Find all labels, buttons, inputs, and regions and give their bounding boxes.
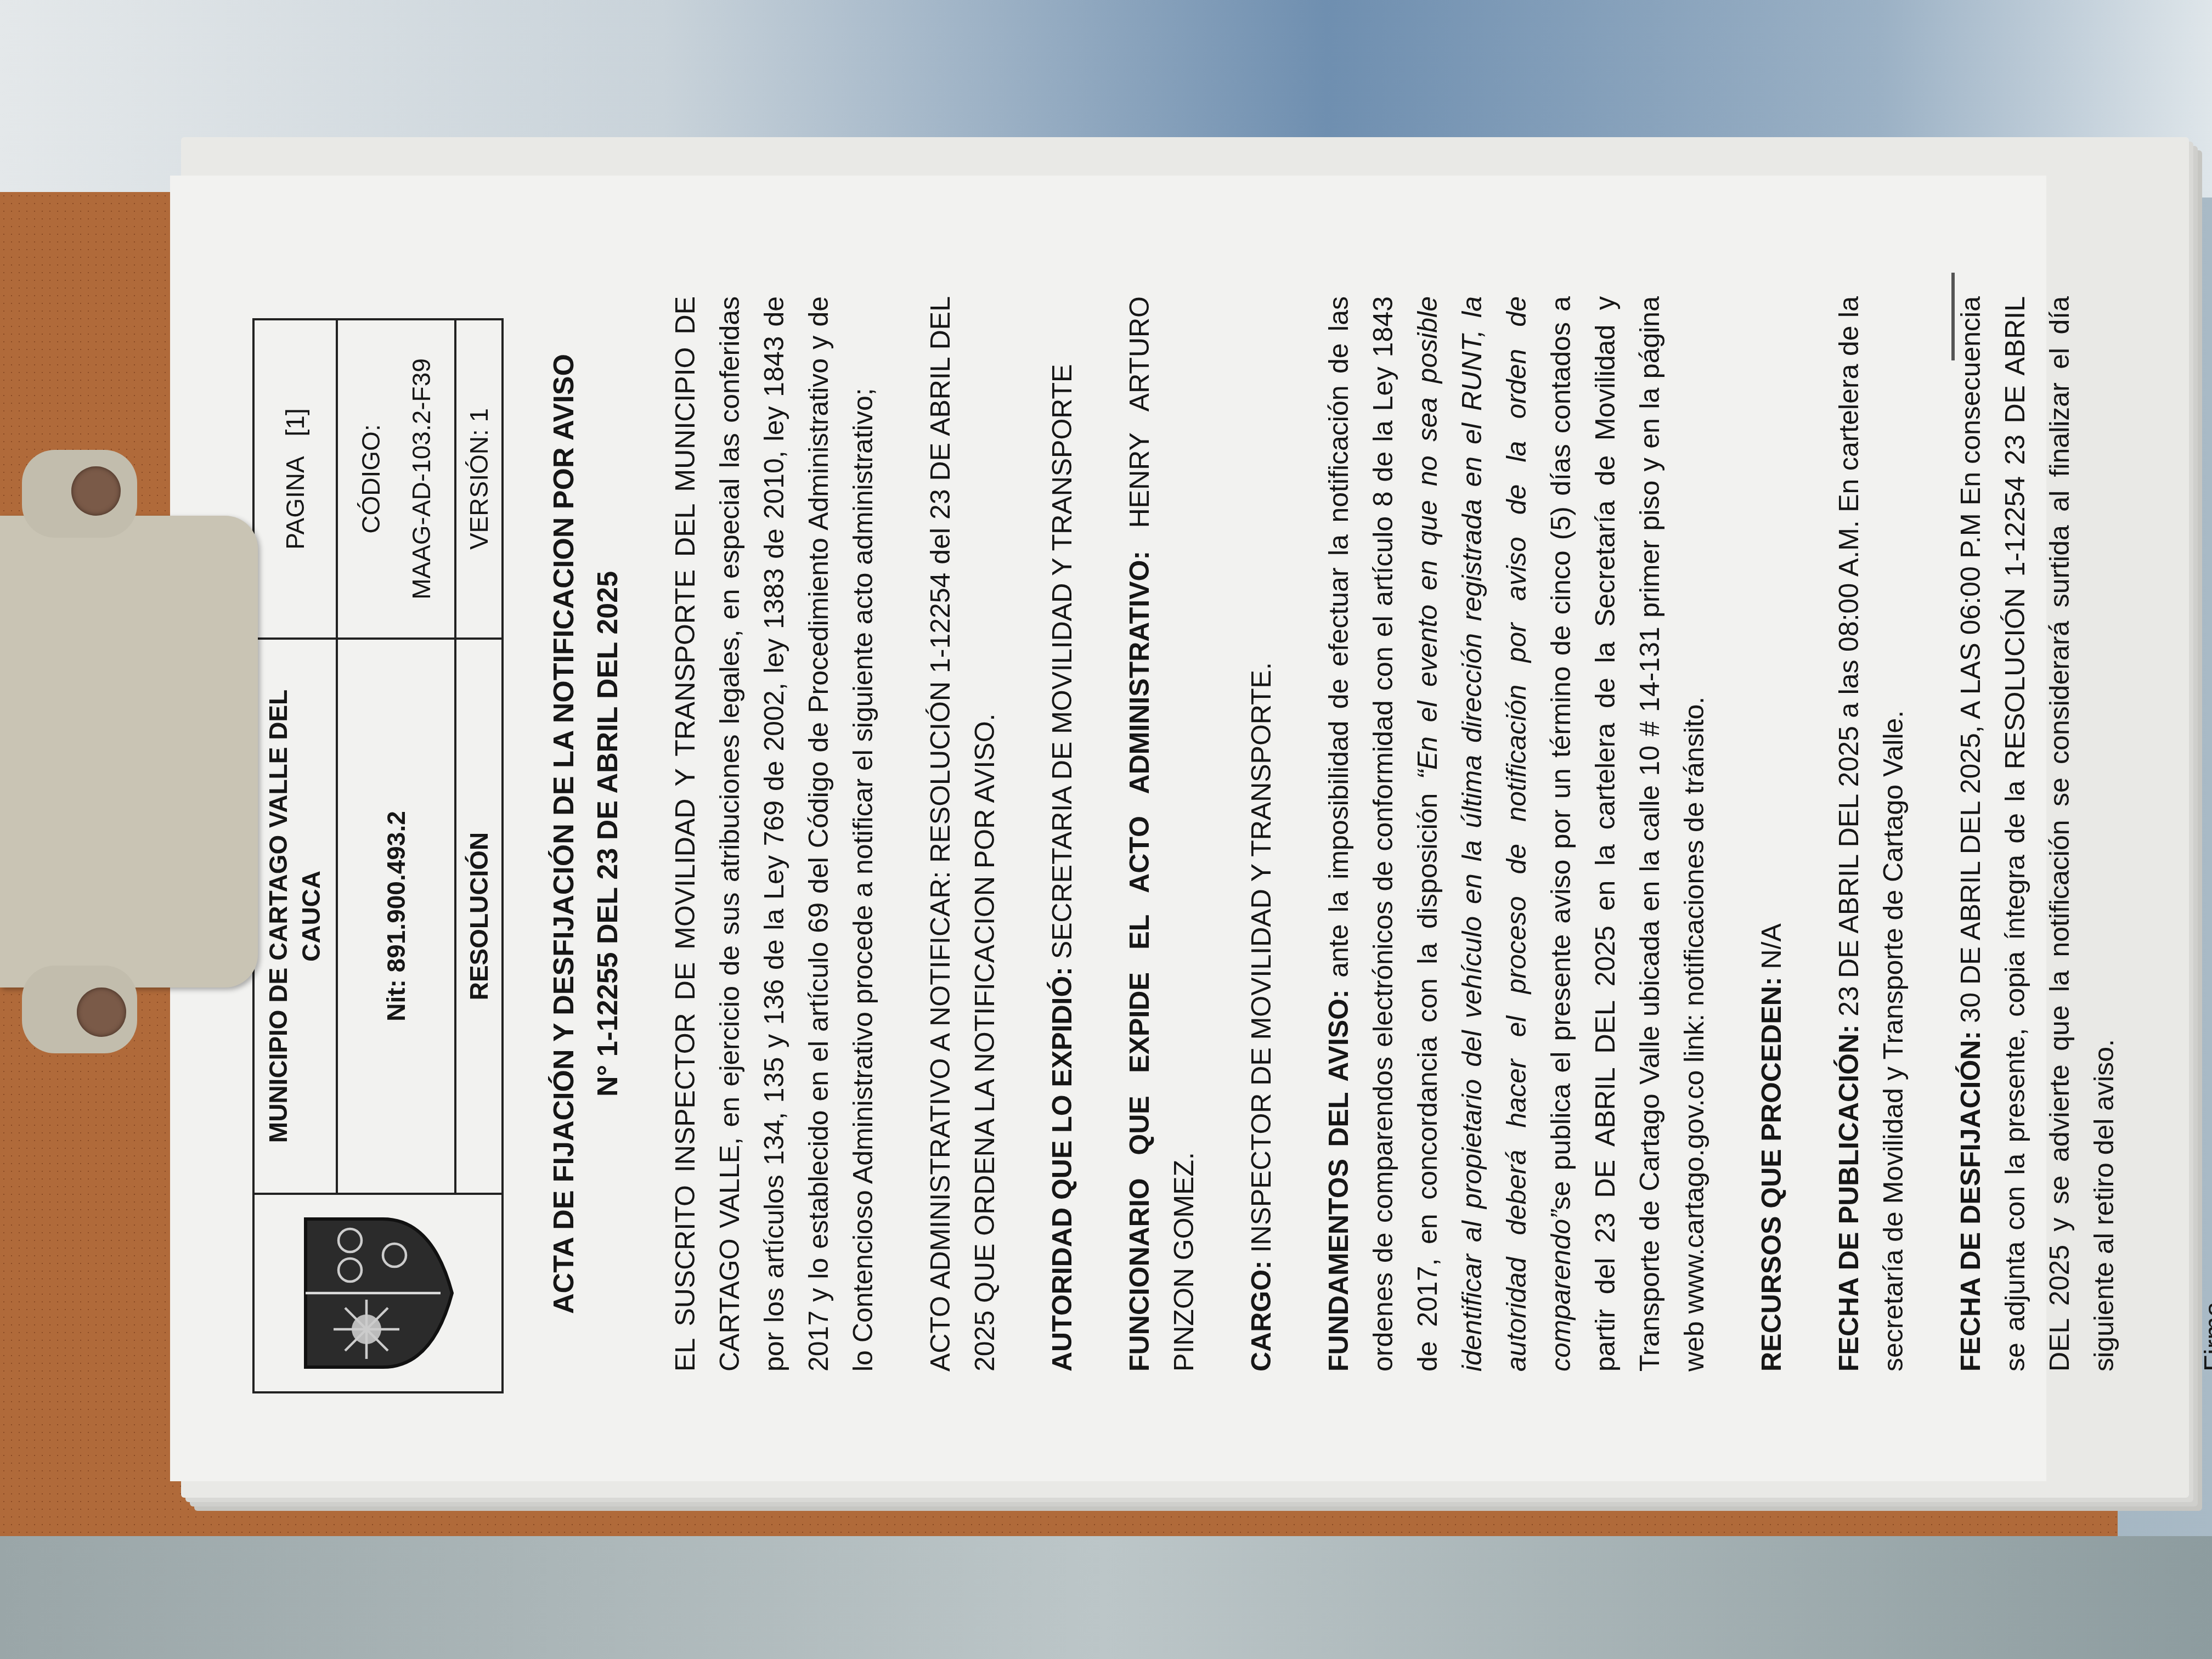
rivet-icon	[77, 988, 126, 1037]
code-cell: CÓDIGO: MAAG-AD-103.2-F39	[337, 319, 455, 639]
board-clip[interactable]	[0, 516, 258, 988]
title-line-2: N° 1-12255 DEL 23 DE ABRIL DEL 2025	[586, 296, 630, 1372]
acto-paragraph: ACTO ADMINISTRATIVO A NOTIFICAR: RESOLUC…	[918, 296, 1007, 1372]
page-label: PAGINA	[281, 458, 309, 550]
publicacion-label: FECHA DE PUBLICACIÓN:	[1833, 1024, 1864, 1372]
page-cell: PAGINA [1]	[253, 319, 337, 639]
autoridad-label: AUTORIDAD QUE LO EXPIDIÓ:	[1047, 967, 1077, 1372]
autoridad-paragraph: AUTORIDAD QUE LO EXPIDIÓ: SECRETARIA DE …	[1040, 296, 1085, 1372]
funcionario-label: FUNCIONARIO QUE EXPIDE EL ACTO ADMINISTR…	[1124, 551, 1155, 1372]
fundamentos-paragraph: FUNDAMENTOS DEL AVISO: ante la imposibil…	[1317, 296, 1717, 1372]
cargo-paragraph: CARGO: INSPECTOR DE MOVILIDAD Y TRANSPOR…	[1239, 296, 1284, 1372]
document-title: ACTA DE FIJACIÓN Y DESFIJACIÓN DE LA NOT…	[542, 296, 630, 1372]
code-label: CÓDIGO:	[346, 328, 396, 630]
signature-label: Firma,	[2192, 296, 2212, 1372]
intro-paragraph: EL SUSCRITO INSPECTOR DE MOVILIDAD Y TRA…	[663, 296, 885, 1372]
funcionario-paragraph: FUNCIONARIO QUE EXPIDE EL ACTO ADMINISTR…	[1118, 296, 1206, 1372]
municipality-cell: MUNICIPIO DE CARTAGO VALLE DEL CAUCA	[253, 639, 337, 1194]
background-table	[0, 1536, 2212, 1659]
version-cell: VERSIÓN: 1	[455, 319, 503, 639]
recursos-value: N/A	[1756, 923, 1787, 977]
desfijacion-paragraph: FECHA DE DESFIJACIÓN: 30 DE ABRIL DEL 20…	[1949, 296, 2126, 1372]
document-page: MUNICIPIO DE CARTAGO VALLE DEL CAUCA PAG…	[170, 176, 2046, 1481]
header-table: MUNICIPIO DE CARTAGO VALLE DEL CAUCA PAG…	[252, 318, 504, 1393]
desfijacion-label: FECHA DE DESFIJACIÓN:	[1955, 1031, 1986, 1372]
clip-ear-top	[22, 450, 137, 538]
clip-ear-bottom	[22, 966, 137, 1053]
code-value: MAAG-AD-103.2-F39	[396, 328, 447, 630]
page-number: [1]	[281, 408, 309, 436]
autoridad-value: SECRETARIA DE MOVILIDAD Y TRANSPORTE	[1047, 364, 1077, 967]
fundamentos-label: FUNDAMENTOS DEL AVISO:	[1323, 989, 1354, 1372]
signature-block: Firma, HENRY ARTURO PINZON GOMEZ INSPECT…	[2192, 296, 2212, 1372]
rivet-icon	[71, 466, 121, 516]
coat-of-arms-icon	[292, 1211, 457, 1375]
title-line-1: ACTA DE FIJACIÓN Y DESFIJACIÓN DE LA NOT…	[542, 296, 586, 1372]
doc-type-cell: RESOLUCIÓN	[455, 639, 503, 1194]
recursos-label: RECURSOS QUE PROCEDEN:	[1756, 977, 1787, 1372]
publicacion-paragraph: FECHA DE PUBLICACIÓN: 23 DE ABRIL DEL 20…	[1827, 296, 1916, 1372]
crest-cell	[253, 1194, 503, 1392]
cargo-label: CARGO:	[1246, 1260, 1277, 1372]
recursos-paragraph: RECURSOS QUE PROCEDEN: N/A	[1750, 296, 1794, 1372]
nit-cell: Nit: 891.900.493.2	[337, 639, 455, 1194]
cargo-value: INSPECTOR DE MOVILIDAD Y TRANSPORTE.	[1246, 662, 1277, 1260]
